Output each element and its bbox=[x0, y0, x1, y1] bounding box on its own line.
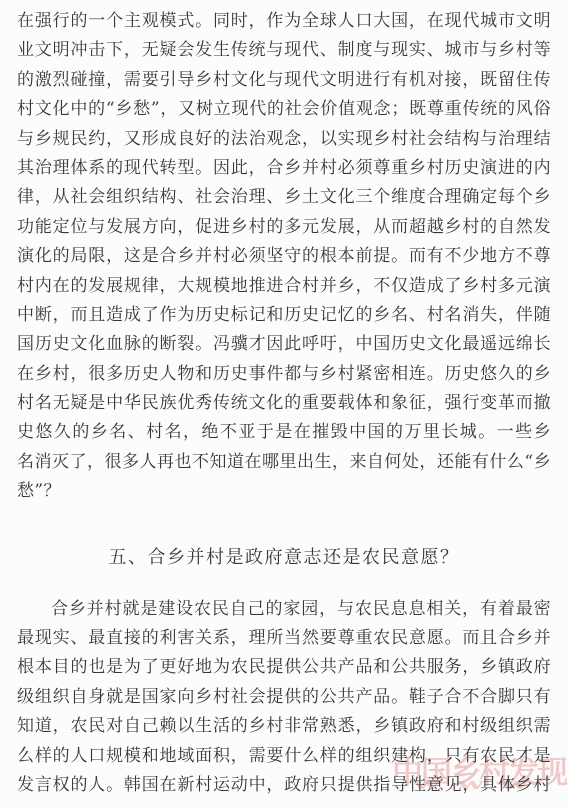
document-page: 在强行的一个主观模式。同时，作为全球人口大国，在现代城市文明和工业文明冲击下，无… bbox=[0, 0, 568, 809]
text-line: 最现实、最直接的利害关系，理所当然要尊重农民意愿。而且合乡并村的 bbox=[17, 624, 551, 653]
text-line: 合乡并村就是建设农民自己的家园，与农民息息相关，有着最密切、 bbox=[17, 595, 551, 624]
text-line: 么样的人口规模和地域面积，需要什么样的组织建构，只有农民才是最有 bbox=[17, 742, 551, 771]
text-line: 功能定位与发展方向，促进乡村的多元发展，从而超越乡村的自然发展与 bbox=[17, 213, 551, 242]
text-line: 名消灭了，很多人再也不知道在哪里出生，来自何处，还能有什么“乡 bbox=[17, 448, 551, 477]
paragraph-continuation: 在强行的一个主观模式。同时，作为全球人口大国，在现代城市文明和工业文明冲击下，无… bbox=[17, 7, 551, 507]
text-line: 其治理体系的现代转型。因此，合乡并村必须尊重乡村历史演进的内在规 bbox=[17, 154, 551, 183]
section-heading: 五、合乡并村是政府意志还是农民意愿？ bbox=[17, 543, 551, 573]
text-line: 演化的局限，这是合乡并村必须坚守的根本前提。而有不少地方不尊重乡 bbox=[17, 242, 551, 271]
text-line: 村名无疑是中华民族优秀传统文化的重要载体和象征，强行变革而撤消历 bbox=[17, 389, 551, 418]
text-line: 业文明冲击下，无疑会发生传统与现代、制度与现实、城市与乡村等方面 bbox=[17, 36, 551, 65]
text-line: 村内在的发展规律，大规模地推进合村并乡，不仅造成了乡村多元演进的 bbox=[17, 272, 551, 301]
text-line: 律，从社会组织结构、社会治理、乡土文化三个维度合理确定每个乡村的 bbox=[17, 183, 551, 212]
text-line: 在强行的一个主观模式。同时，作为全球人口大国，在现代城市文明和工 bbox=[17, 7, 551, 36]
document-content: 在强行的一个主观模式。同时，作为全球人口大国，在现代城市文明和工业文明冲击下，无… bbox=[17, 7, 551, 800]
text-line: 级组织自身就是国家向乡村社会提供的公共产品。鞋子合不合脚只有脚才 bbox=[17, 683, 551, 712]
text-line: 中断，而且造成了作为历史标记和历史记忆的乡名、村名消失，伴随着中 bbox=[17, 301, 551, 330]
text-line: 村文化中的“乡愁”，又树立现代的社会价值观念；既尊重传统的风俗习惯 bbox=[17, 95, 551, 124]
text-line: 发言权的人。韩国在新村运动中，政府只提供指导性意见，具体乡村规划 bbox=[17, 771, 551, 800]
text-line: 根本目的也是为了更好地为农民提供公共产品和公共服务，乡镇政府和村 bbox=[17, 653, 551, 682]
text-line: 国历史文化血脉的断裂。冯骥才因此呼吁，中国历史文化最遥远绵长的根 bbox=[17, 330, 551, 359]
text-line: 的激烈碰撞，需要引导乡村文化与现代文明进行有机对接，既留住传统乡 bbox=[17, 66, 551, 95]
text-line: 知道，农民对自己赖以生活的乡村非常熟悉，乡镇政府和村级组织需要什 bbox=[17, 712, 551, 741]
text-line: 愁”？ bbox=[17, 477, 551, 506]
paragraph-body: 合乡并村就是建设农民自己的家园，与农民息息相关，有着最密切、最现实、最直接的利害… bbox=[17, 595, 551, 801]
text-line: 在乡村，很多历史人物和历史事件都与乡村紧密相连。历史悠久的乡名、 bbox=[17, 360, 551, 389]
text-line: 与乡规民约，又形成良好的法治观念，以实现乡村社会结构与治理结构及 bbox=[17, 125, 551, 154]
text-line: 史悠久的乡名、村名，绝不亚于是在摧毁中国的万里长城。一些乡名、村 bbox=[17, 418, 551, 447]
